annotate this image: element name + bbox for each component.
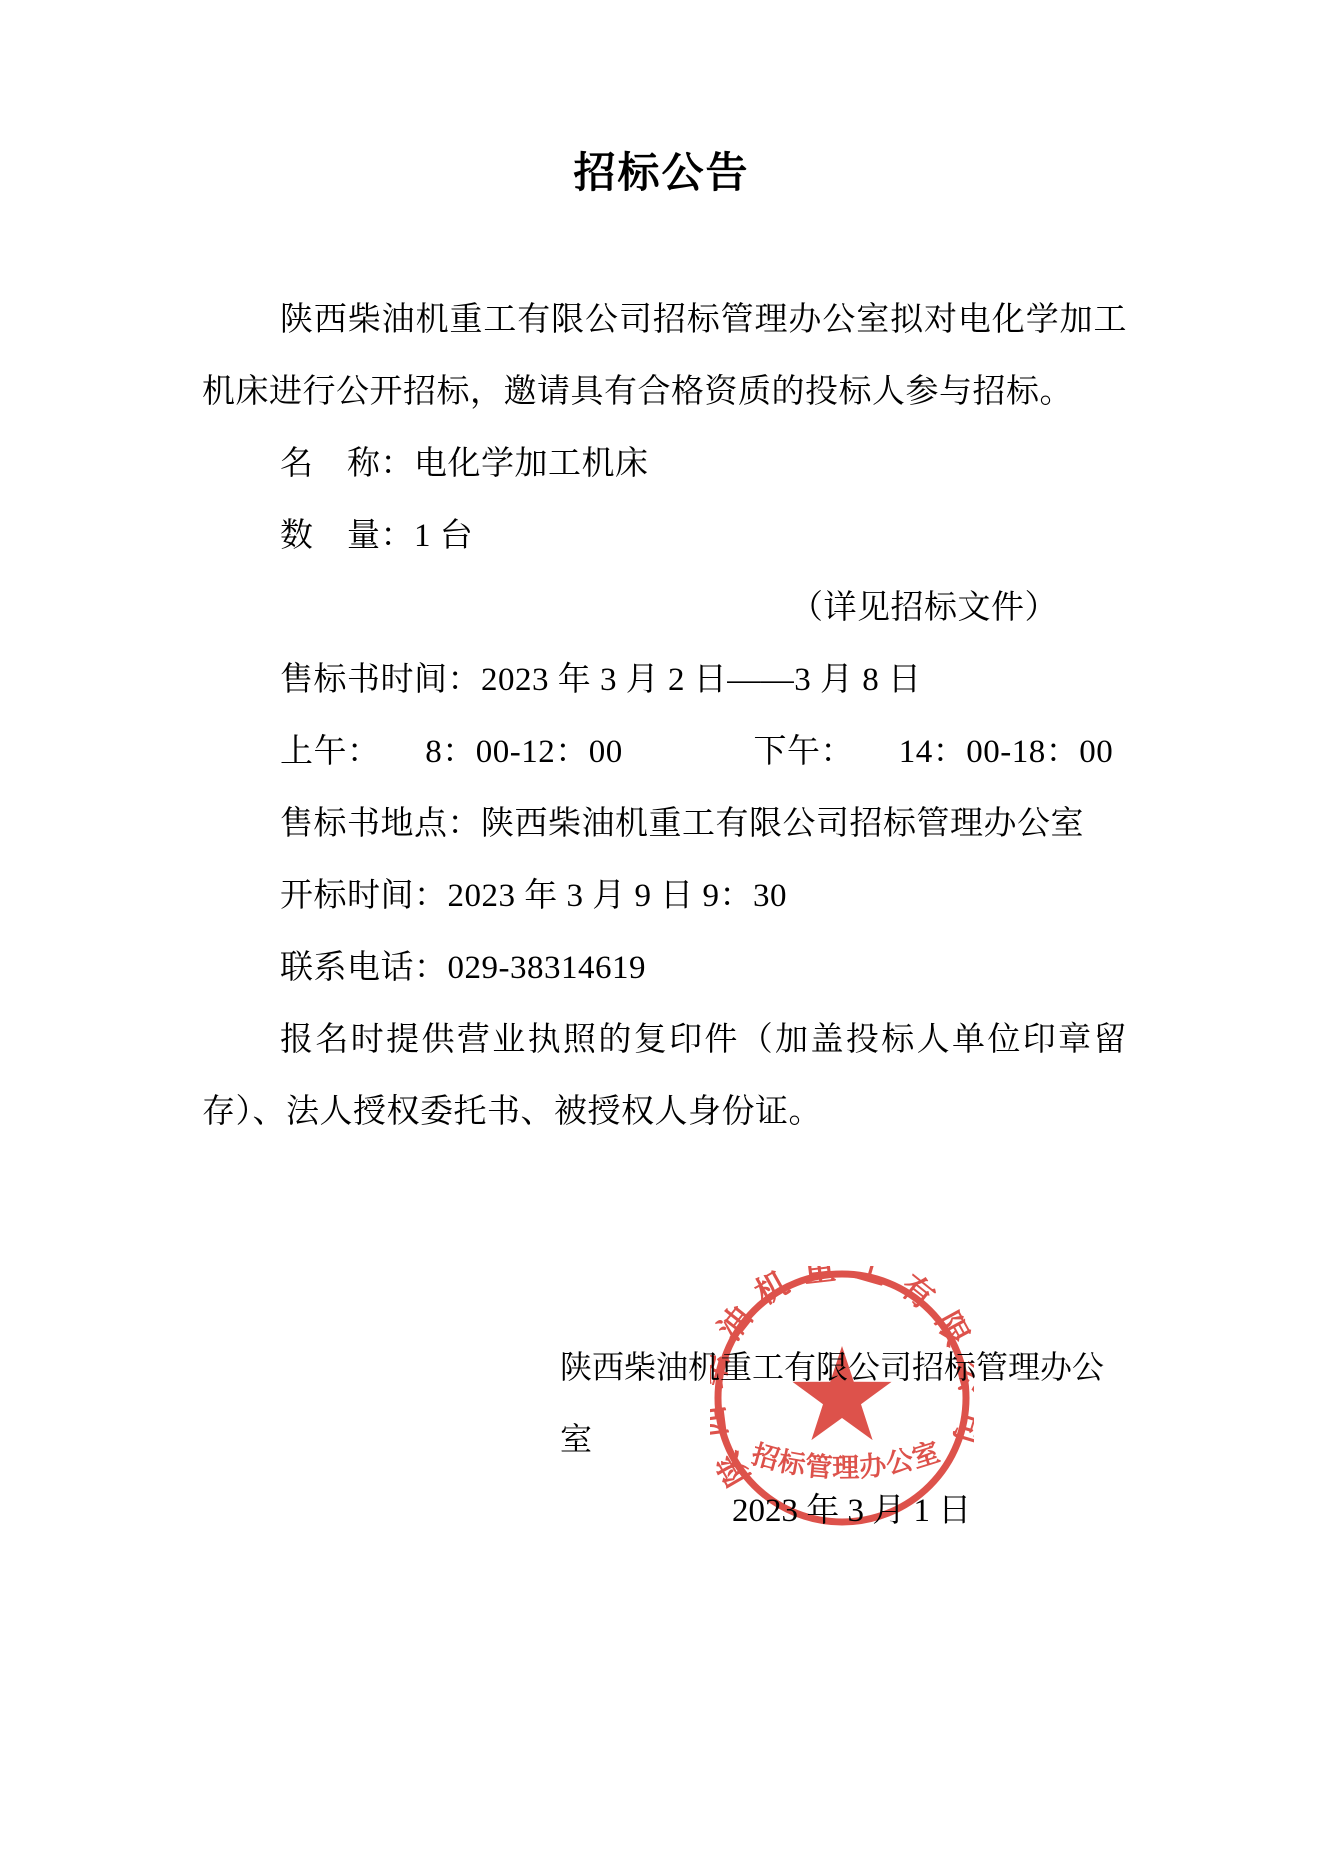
intro-paragraph: 陕西柴油机重工有限公司招标管理办公室拟对电化学加工机床进行公开招标，邀请具有合格… [202,284,1127,428]
pm-label: 下午： [754,734,855,770]
sale-time-line: 售标书时间：2023 年 3 月 2 日——3 月 8 日 [202,644,1127,716]
signature-date: 2023 年 3 月 1 日 [202,1475,1127,1547]
item-quantity-line: 数 量：1 台 [202,500,1127,572]
document-title: 招标公告 [0,148,1323,200]
signature-block: 陕西柴油机重工有限公司招标管理办公室 2023 年 3 月 1 日 [202,1331,1127,1547]
document-body: 陕西柴油机重工有限公司招标管理办公室拟对电化学加工机床进行公开招标，邀请具有合格… [202,284,1127,1547]
business-hours-line: 上午： 8：00-12：00 下午： 14：00-18：00 [202,716,1127,788]
phone-line: 联系电话：029-38314619 [202,932,1127,1004]
am-label: 上午： [280,734,381,770]
sale-place-line: 售标书地点：陕西柴油机重工有限公司招标管理办公室 [202,788,1127,860]
document-page: 招标公告 陕西柴油机重工有限公司招标管理办公室拟对电化学加工机床进行公开招标，邀… [0,0,1323,1871]
open-time-line: 开标时间：2023 年 3 月 9 日 9：30 [202,860,1127,932]
requirement-paragraph: 报名时提供营业执照的复印件（加盖投标人单位印章留存）、法人授权委托书、被授权人身… [202,1004,1127,1148]
am-hours-value: 8：00-12：00 [425,734,623,770]
signature-organization: 陕西柴油机重工有限公司招标管理办公室 [202,1331,1127,1475]
item-name-line: 名 称：电化学加工机床 [202,428,1127,500]
detail-note-line: （详见招标文件） [202,572,1127,644]
pm-hours-value: 14：00-18：00 [899,734,1114,770]
